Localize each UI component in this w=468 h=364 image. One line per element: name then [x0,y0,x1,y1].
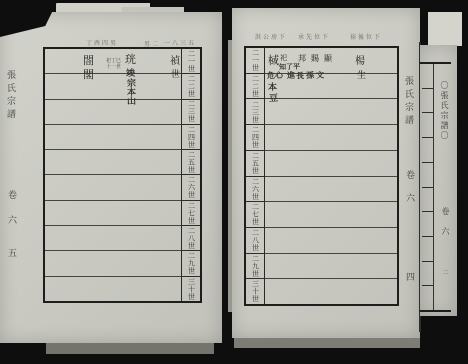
right-top-note-3: 裕後位下 [350,32,382,41]
name-entry: 珖 [125,51,136,67]
pedigree-row-7 [45,201,181,226]
left-page-spine-volume: 卷六 [7,190,16,240]
right-page-rows [265,48,397,304]
generation-label-6: 二六世 [246,177,264,203]
generation-label-3: 二三世 [182,100,200,125]
generation-label-text: 二八世 [252,229,259,252]
generation-label-text: 二八世 [188,227,195,250]
next-leaf-bottom-border [420,310,451,312]
generation-label-text: 二一世 [252,49,259,72]
left-top-note-1: 丁酉四男 [86,38,118,47]
generation-label-6: 二六世 [182,175,200,200]
pedigree-row-10 [265,279,397,304]
handwritten-name: 豆 [269,91,278,104]
left-top-note-3: 一八三五 [164,38,196,47]
pedigree-row-9 [265,254,397,280]
next-leaf-cell-8 [422,237,433,262]
right-page-margin-volume: 卷六 [405,170,414,216]
name-entry: 禎 [170,52,180,67]
right-page-margin-title: 張氏宗譜 [404,76,413,128]
name-entry: 閣 [83,66,94,82]
right-page-margin-page: 四 [405,272,414,285]
generation-label-text: 二七世 [252,203,259,226]
pedigree-row-6 [265,177,397,203]
generation-label-text: 二六世 [188,176,195,199]
next-leaf-spine-title: 〇張氏宗譜〇 [440,81,448,141]
pedigree-row-6 [45,175,181,200]
next-leaf-spine-volume: 卷六 [441,207,449,247]
book-scan: 張氏宗譜 卷六 五 丁酉四男 男二 一八三五 二一世二二世二三世二四世二五世二六… [0,0,468,364]
generation-label-text: 二一世 [188,50,195,73]
right-page-generation-column: 二一世二二世二三世二四世二五世二六世二七世二八世二九世三十世 [246,48,265,304]
pedigree-row-7 [265,202,397,228]
generation-label-text: 二九世 [188,252,195,275]
generation-label-text: 二三世 [252,101,259,124]
generation-label-text: 二四世 [188,126,195,149]
pedigree-row-10 [45,277,181,301]
next-leaf-edge: 〇張氏宗譜〇 卷六 二 [420,45,457,316]
next-leaf-cell-3 [422,113,433,138]
left-page-spine-page: 五 [7,248,16,261]
generation-label-9: 二九世 [182,251,200,276]
right-page-bottom-edge [234,338,420,348]
generation-label-1: 二一世 [182,49,200,74]
name-entry: 楊 [355,52,365,67]
pedigree-row-2 [45,74,181,99]
name-entry: 邦賜顯 [298,53,337,64]
generation-label-text: 二二世 [188,75,195,98]
next-leaf-cell-2 [422,89,433,114]
next-leaf-cell-4 [422,138,433,163]
pedigree-row-5 [265,151,397,177]
generation-label-9: 二九世 [246,254,264,280]
generation-label-8: 二八世 [182,226,200,251]
generation-label-text: 二二世 [252,75,259,98]
right-top-note-2: 承先位下 [298,32,330,41]
generation-label-text: 二九世 [252,255,259,278]
left-page-bottom-edge [46,343,214,354]
gutter-paper-edge [228,40,232,312]
generation-label-text: 二五世 [252,152,259,175]
left-page: 張氏宗譜 卷六 五 丁酉四男 男二 一八三五 二一世二二世二三世二四世二五世二六… [0,12,222,343]
generation-label-text: 三十世 [252,280,259,303]
pedigree-row-4 [45,125,181,150]
handwritten-name: 山 [127,94,136,107]
right-page: 洪公房下 承先位下 裕後位下 二一世二二世二三世二四世二五世二六世二七世二八世二… [232,8,420,338]
next-leaf-cell-1 [422,64,433,89]
generation-label-4: 二四世 [182,125,200,150]
name-entry: 棫 [268,52,279,68]
right-top-note-1: 洪公房下 [255,32,287,41]
pedigree-row-8 [45,226,181,251]
generation-label-text: 二六世 [252,178,259,201]
generation-label-text: 三十世 [188,278,195,301]
left-page-generation-column: 二一世二二世二三世二四世二五世二六世二七世二八世二九世三十世 [181,49,200,301]
pedigree-row-3 [45,100,181,125]
generation-label-10: 三十世 [182,277,200,301]
next-leaf-cell-7 [422,212,433,237]
generation-label-text: 二五世 [188,151,195,174]
generation-label-text: 二七世 [188,202,195,225]
left-page-rows [45,49,181,301]
pedigree-row-9 [45,251,181,276]
pedigree-row-2 [265,74,397,100]
handwritten-note: 長孫文 [296,69,326,81]
pedigree-row-8 [265,228,397,254]
pedigree-row-4 [265,125,397,151]
generation-label-1: 二一世 [246,48,264,74]
handwritten-note: 進 [287,70,295,81]
next-leaf-cell-6 [422,188,433,213]
next-leaf-cell-9 [422,262,433,287]
generation-label-8: 二八世 [246,228,264,254]
pedigree-row-3 [265,99,397,125]
next-leaf-corner [428,12,462,46]
next-leaf-cells [422,64,434,310]
next-leaf-cell-10 [422,286,433,310]
generation-label-5: 二五世 [246,151,264,177]
generation-label-7: 二七世 [246,202,264,228]
name-entry: 生 [357,68,366,81]
generation-label-7: 二七世 [182,201,200,226]
next-leaf-cell-5 [422,163,433,188]
generation-label-text: 二三世 [188,100,195,123]
name-entry: 世 [171,67,180,80]
generation-label-3: 二三世 [246,99,264,125]
generation-label-10: 三十世 [246,279,264,304]
generation-label-5: 二五世 [182,150,200,175]
generation-label-2: 二二世 [182,74,200,99]
next-leaf-spine-page: 二 [441,269,447,277]
small-annotation: 十一世 [106,63,121,70]
left-page-grid: 二一世二二世二三世二四世二五世二六世二七世二八世二九世三十世 [43,47,202,303]
pedigree-row-5 [45,150,181,175]
generation-label-2: 二二世 [246,74,264,100]
generation-label-text: 二四世 [252,126,259,149]
generation-label-4: 二四世 [246,125,264,151]
left-page-spine-title: 張氏宗譜 [6,70,15,122]
